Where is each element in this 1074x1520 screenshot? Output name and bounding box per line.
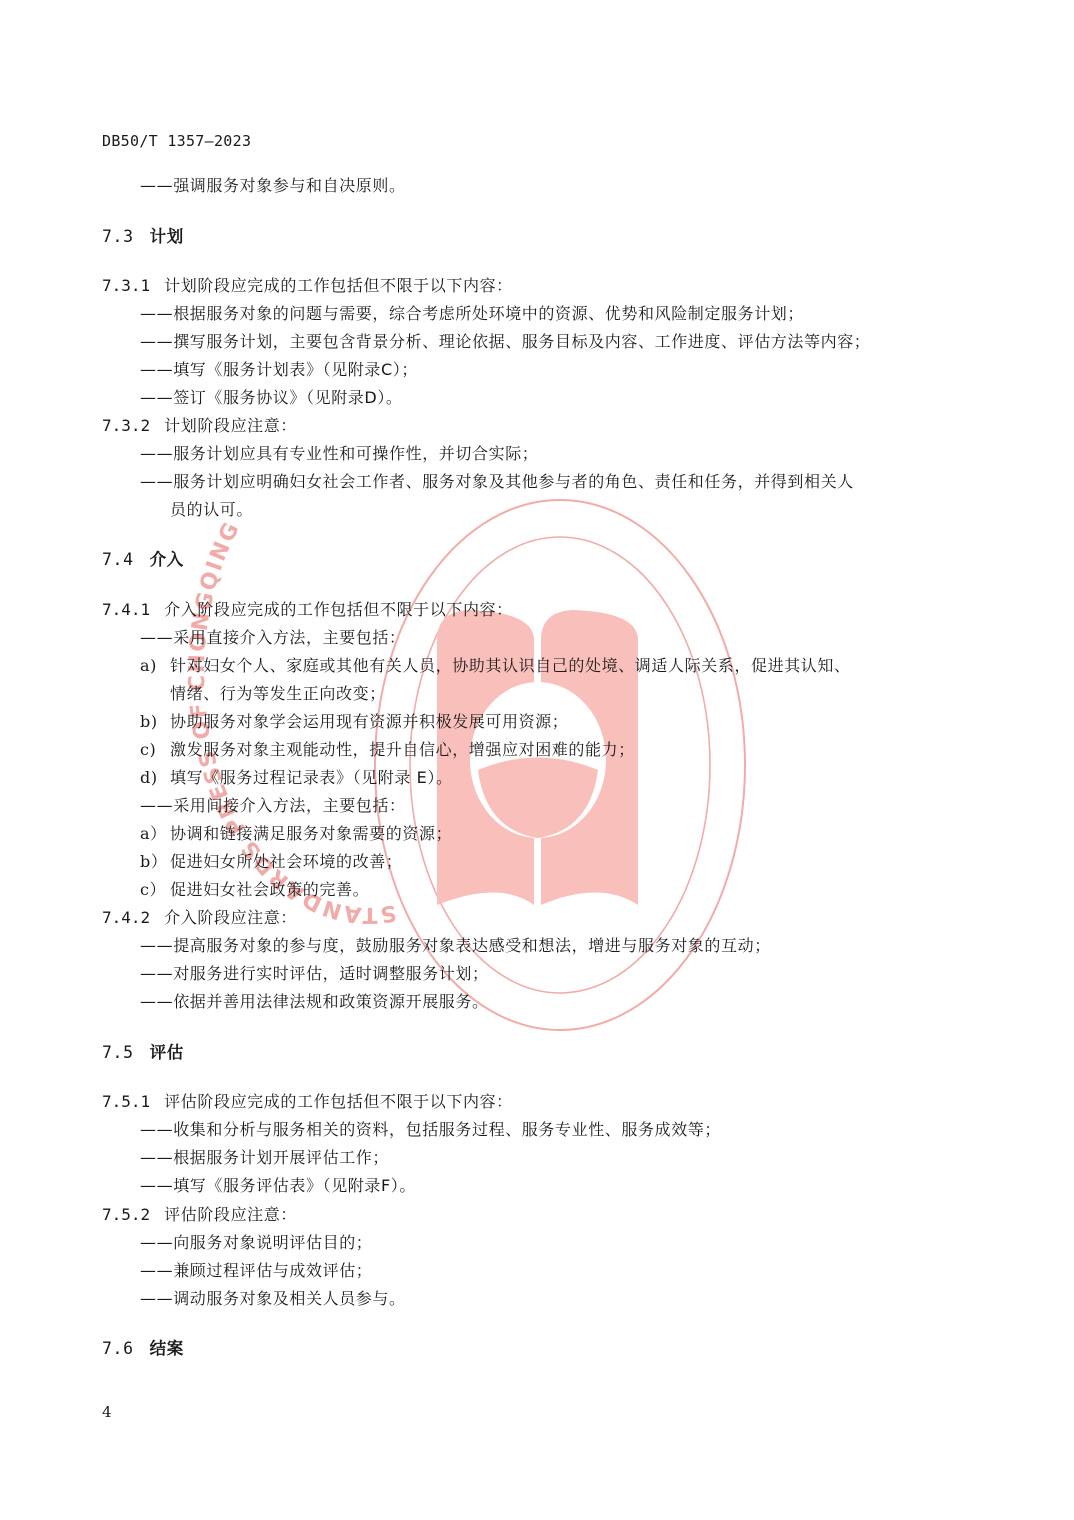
list-item-continuation: 情绪、行为等发生正向改变； — [170, 684, 386, 704]
clause-number: 7.3.1 — [102, 276, 150, 295]
clause-7-3-1: 7.3.1计划阶段应完成的工作包括但不限于以下内容： — [102, 276, 513, 296]
list-item: a）协调和链接满足服务对象需要的资源； — [140, 824, 452, 844]
list-text: 填写《服务过程记录表》（见附录 E）。 — [170, 768, 453, 787]
list-marker: b) — [140, 712, 170, 732]
clause-7-5-1: 7.5.1评估阶段应完成的工作包括但不限于以下内容： — [102, 1092, 513, 1112]
bullet-line: ——调动服务对象及相关人员参与。 — [140, 1289, 406, 1309]
bullet-line: ——根据服务计划开展评估工作； — [140, 1148, 389, 1168]
bullet-line: ——采用直接介入方法，主要包括： — [140, 628, 406, 648]
clause-text: 评估阶段应完成的工作包括但不限于以下内容： — [164, 1092, 513, 1111]
bullet-line: ——收集和分析与服务相关的资料，包括服务过程、服务专业性、服务成效等； — [140, 1120, 721, 1140]
section-heading-7-3: 7.3计划 — [102, 227, 184, 247]
bullet-line: ——填写《服务评估表》（见附录F）。 — [140, 1176, 416, 1196]
list-text: 针对妇女个人、家庭或其他有关人员，协助其认识自己的处境、调适人际关系，促进其认知… — [170, 656, 851, 675]
clause-7-5-2: 7.5.2评估阶段应注意： — [102, 1205, 297, 1225]
bullet-line: ——签订《服务协议》（见附录D）。 — [140, 388, 403, 408]
clause-number: 7.5.2 — [102, 1205, 150, 1224]
section-number: 7.3 — [102, 227, 134, 246]
list-marker: d) — [140, 768, 170, 788]
list-text: 协调和链接满足服务对象需要的资源； — [170, 824, 452, 843]
section-heading-7-6: 7.6结案 — [102, 1339, 184, 1359]
list-item: d)填写《服务过程记录表》（见附录 E）。 — [140, 768, 453, 788]
list-marker: a） — [140, 824, 170, 844]
list-item: b）促进妇女所处社会环境的改善； — [140, 852, 402, 872]
list-item: a)针对妇女个人、家庭或其他有关人员，协助其认识自己的处境、调适人际关系，促进其… — [140, 656, 851, 676]
list-item: c）促进妇女社会政策的完善。 — [140, 880, 369, 900]
clause-text: 介入阶段应注意： — [164, 908, 297, 927]
bullet-line: ——对服务进行实时评估，适时调整服务计划； — [140, 964, 489, 984]
clause-7-4-2: 7.4.2介入阶段应注意： — [102, 908, 297, 928]
section-title: 计划 — [150, 227, 184, 246]
list-marker: c) — [140, 740, 170, 760]
list-marker: a) — [140, 656, 170, 676]
bullet-line-continuation: 员的认可。 — [170, 500, 253, 520]
list-text: 促进妇女所处社会环境的改善； — [170, 852, 402, 871]
document-code-header: DB50/T 1357—2023 — [102, 131, 251, 151]
section-number: 7.5 — [102, 1043, 134, 1062]
section-number: 7.6 — [102, 1339, 134, 1358]
list-text: 促进妇女社会政策的完善。 — [170, 880, 369, 899]
clause-text: 计划阶段应完成的工作包括但不限于以下内容： — [164, 276, 513, 295]
section-heading-7-5: 7.5评估 — [102, 1043, 184, 1063]
page-number: 4 — [102, 1402, 112, 1422]
section-heading-7-4: 7.4介入 — [102, 550, 184, 570]
section-title: 介入 — [150, 550, 184, 569]
clause-7-4-1: 7.4.1介入阶段应完成的工作包括但不限于以下内容： — [102, 600, 513, 620]
bullet-line: ——采用间接介入方法，主要包括： — [140, 796, 406, 816]
bullet-line: ——撰写服务计划，主要包含背景分析、理论依据、服务目标及内容、工作进度、评估方法… — [140, 332, 870, 352]
list-item: b)协助服务对象学会运用现有资源并积极发展可用资源； — [140, 712, 568, 732]
clause-number: 7.4.2 — [102, 908, 150, 927]
bullet-line: ——提高服务对象的参与度，鼓励服务对象表达感受和想法，增进与服务对象的互动； — [140, 936, 771, 956]
bullet-line: ——向服务对象说明评估目的； — [140, 1233, 372, 1253]
section-title: 结案 — [150, 1339, 184, 1358]
list-item: c)激发服务对象主观能动性，提升自信心，增强应对困难的能力； — [140, 740, 635, 760]
clause-number: 7.5.1 — [102, 1092, 150, 1111]
bullet-line: ——根据服务对象的问题与需要，综合考虑所处环境中的资源、优势和风险制定服务计划； — [140, 304, 804, 324]
list-marker: c） — [140, 880, 170, 900]
bullet-line: ——兼顾过程评估与成效评估； — [140, 1261, 372, 1281]
section-number: 7.4 — [102, 550, 134, 569]
bullet-line: ——服务计划应明确妇女社会工作者、服务对象及其他参与者的角色、责任和任务，并得到… — [140, 472, 854, 492]
clause-text: 计划阶段应注意： — [164, 416, 297, 435]
clause-text: 评估阶段应注意： — [164, 1205, 297, 1224]
list-text: 激发服务对象主观能动性，提升自信心，增强应对困难的能力； — [170, 740, 635, 759]
bullet-line: ——服务计划应具有专业性和可操作性，并切合实际； — [140, 444, 538, 464]
clause-7-3-2: 7.3.2计划阶段应注意： — [102, 416, 297, 436]
clause-text: 介入阶段应完成的工作包括但不限于以下内容： — [164, 600, 513, 619]
document-page: STANDARDS PRESS OF CHONGQING DB50/T 1357… — [0, 0, 1074, 1520]
list-text: 协助服务对象学会运用现有资源并积极发展可用资源； — [170, 712, 568, 731]
clause-number: 7.3.2 — [102, 416, 150, 435]
bullet-line: ——依据并善用法律法规和政策资源开展服务。 — [140, 992, 489, 1012]
clause-number: 7.4.1 — [102, 600, 150, 619]
bullet-line: ——强调服务对象参与和自决原则。 — [140, 176, 406, 196]
bullet-line: ——填写《服务计划表》（见附录C）； — [140, 360, 418, 380]
section-title: 评估 — [150, 1043, 184, 1062]
document-body: DB50/T 1357—2023 ——强调服务对象参与和自决原则。 7.3计划 … — [0, 0, 1074, 1520]
list-marker: b） — [140, 852, 170, 872]
